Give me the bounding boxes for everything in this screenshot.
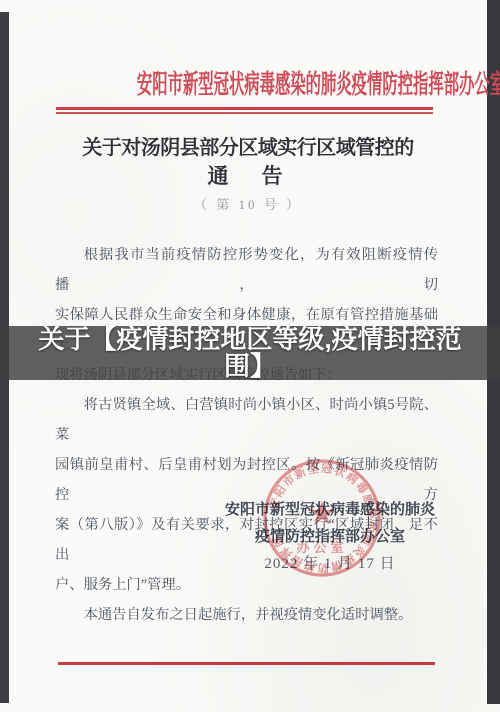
body-line: 将古贤镇全域、白营镇时尚小镇小区、时尚小镇5号院、菜	[55, 390, 438, 450]
letterhead: 安阳市新型冠状病毒感染的肺炎疫情防控指挥部办公室	[9, 64, 487, 101]
rule-top	[56, 107, 433, 110]
doc-number: （ 第 10 号 ）	[9, 194, 487, 213]
seal-inner-label: 办公室	[296, 540, 347, 555]
letterhead-double-rule	[56, 107, 433, 114]
star-icon	[310, 501, 335, 525]
document-photo: 安阳市新型冠状病毒感染的肺炎疫情防控指挥部办公室 关于对汤阴县部分区域实行区域管…	[0, 0, 500, 712]
doc-title-line2: 通 告	[9, 160, 487, 190]
official-seal-stamp: 安阳市新型冠状病毒感染的肺炎疫情防控指挥部 办公室	[252, 448, 392, 588]
doc-title-line1: 关于对汤阴县部分区域实行区域管控的	[9, 131, 487, 160]
body-line: 根据我市当前疫情防控形势变化，为有效阻断疫情传播，切	[55, 240, 438, 300]
letterhead-text: 安阳市新型冠状病毒感染的肺炎疫情防控指挥部办公室	[137, 64, 500, 101]
caption-text: 关于【疫情封控地区等级,疫情封控范围】	[29, 326, 471, 380]
caption-overlay-banner: 关于【疫情封控地区等级,疫情封控范围】	[0, 326, 500, 380]
body-line: 本通告自发布之日起施行，并视疫情变化适时调整。	[55, 600, 438, 630]
footer-red-rule	[58, 662, 435, 665]
rule-bottom-thin	[56, 112, 433, 114]
